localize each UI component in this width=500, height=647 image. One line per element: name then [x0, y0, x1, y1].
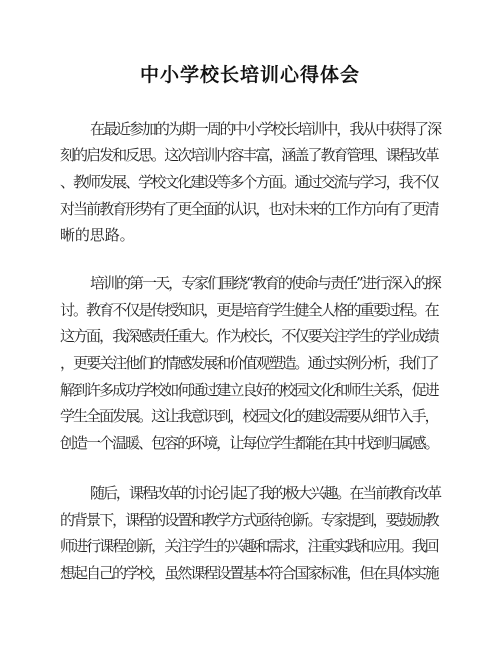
document-title: 中小学校长培训心得体会	[0, 62, 500, 88]
text-line: 解到许多成功学校如何通过建立良好的校园文化和师生关系，促进	[60, 380, 440, 400]
text-line: 在最近参加的为期一周的中小学校长培训中，我从中获得了深	[90, 119, 440, 139]
text-line: 晰的思路。	[60, 225, 440, 245]
text-line: 刻的启发和反思。这次培训内容丰富，涵盖了教育管理、课程改革	[60, 145, 440, 165]
text-line: 讨。教育不仅是传授知识，更是培育学生健全人格的重要过程。在	[60, 300, 440, 320]
text-line: 、教师发展、学校文化建设等多个方面。通过交流与学习，我不仅	[60, 172, 440, 192]
text-line: 培训的第一天，专家们围绕“教育的使命与责任”进行深入的探	[90, 273, 440, 293]
text-line: 创造一个温暖、包容的环境，让每位学生都能在其中找到归属感。	[60, 433, 440, 453]
text-line: 随后，课程改革的讨论引起了我的极大兴趣。在当前教育改革	[90, 483, 440, 503]
text-line: 想起自己的学校，虽然课程设置基本符合国家标准，但在具体实施	[60, 563, 440, 583]
text-line: 师进行课程创新，关注学生的兴趣和需求，注重实践和应用。我回	[60, 536, 440, 556]
text-line: ，更要关注他们的情感发展和价值观塑造。通过实例分析，我们了	[60, 353, 440, 373]
text-line: 学生全面发展。这让我意识到，校园文化的建设需要从细节入手，	[60, 406, 440, 426]
document-page: 中小学校长培训心得体会 在最近参加的为期一周的中小学校长培训中，我从中获得了深 …	[0, 0, 500, 647]
text-line: 的背景下，课程的设置和教学方式亟待创新。专家提到，要鼓励教	[60, 510, 440, 530]
text-line: 这方面，我深感责任重大。作为校长，不仅要关注学生的学业成绩	[60, 326, 440, 346]
text-line: 对当前教育形势有了更全面的认识，也对未来的工作方向有了更清	[60, 199, 440, 219]
